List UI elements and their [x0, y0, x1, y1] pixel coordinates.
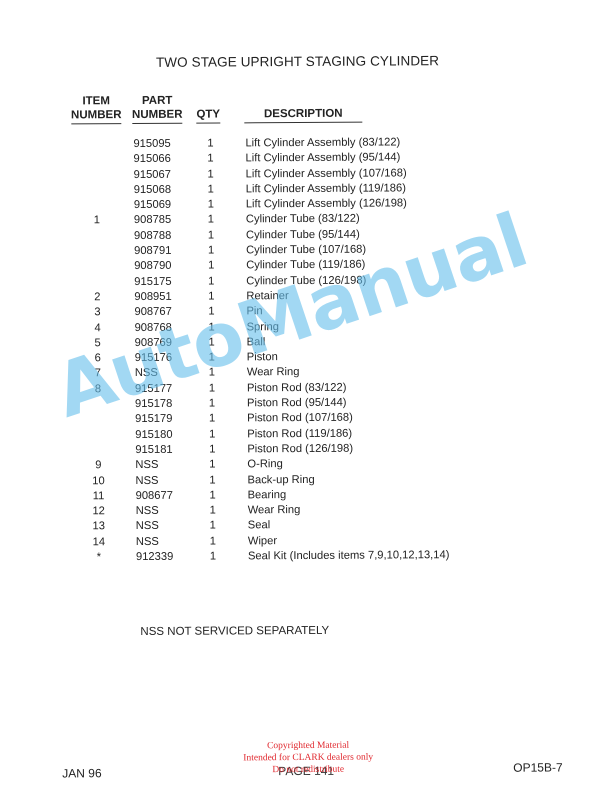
quantity: 1: [206, 336, 218, 348]
description: Wear Ring: [248, 504, 301, 516]
description: Seal Kit (Includes items 7,9,10,12,13,14…: [248, 549, 450, 562]
quantity: 1: [205, 229, 217, 241]
header-part-line1: PART: [128, 94, 186, 108]
header-part-line2: NUMBER: [132, 108, 183, 124]
parts-page: TWO STAGE UPRIGHT STAGING CYLINDER ITEM …: [0, 0, 612, 788]
quantity: 1: [205, 168, 217, 180]
header-item-line1: ITEM: [68, 94, 124, 108]
header-item-number: ITEM NUMBER: [68, 94, 124, 124]
item-number: 5: [86, 337, 110, 349]
description: Pin: [246, 305, 262, 317]
part-number: 915177: [135, 383, 172, 395]
header-part-number: PART NUMBER: [128, 94, 186, 124]
description: Seal: [248, 520, 270, 532]
description: Lift Cylinder Assembly (107/168): [246, 167, 407, 180]
quantity: 1: [206, 413, 218, 425]
part-number: 908767: [134, 306, 171, 318]
part-number: 908790: [134, 260, 171, 272]
part-number: 908769: [135, 337, 172, 349]
item-number: 3: [85, 306, 109, 318]
header-qty: QTY: [193, 107, 223, 123]
item-number: 1: [85, 215, 109, 227]
description: Cylinder Tube (126/198): [246, 274, 366, 287]
description: Piston: [247, 351, 278, 363]
quantity: 1: [206, 367, 218, 379]
header-description-label: DESCRIPTION: [244, 107, 362, 124]
quantity: 1: [205, 306, 217, 318]
footer-date: JAN 96: [62, 766, 101, 780]
parts-table: 9150951Lift Cylinder Assembly (83/122)91…: [0, 135, 612, 567]
part-number: NSS: [135, 459, 158, 471]
description: Lift Cylinder Assembly (119/186): [246, 182, 406, 195]
description: Cylinder Tube (83/122): [246, 213, 360, 226]
description: Piston Rod (126/198): [247, 443, 353, 456]
description: Piston Rod (83/122): [247, 381, 347, 394]
description: Wear Ring: [247, 366, 300, 378]
part-number: 915179: [135, 413, 172, 425]
item-number: 8: [86, 383, 110, 395]
part-number: 908788: [134, 230, 171, 242]
description: Cylinder Tube (107/168): [246, 244, 366, 257]
description: Cylinder Tube (119/186): [246, 259, 365, 272]
quantity: 1: [205, 275, 217, 287]
part-number: 915178: [135, 398, 172, 410]
description: Piston Rod (107/168): [247, 412, 353, 425]
header-qty-label: QTY: [196, 107, 220, 123]
item-number: 2: [85, 291, 109, 303]
footer-doc-code: OP15B-7: [513, 760, 562, 774]
copyright-line: Intended for CLARK dealers only: [238, 752, 378, 765]
item-number: 9: [86, 459, 110, 471]
quantity: 1: [205, 199, 217, 211]
part-number: 915175: [134, 275, 171, 287]
description: Lift Cylinder Assembly (83/122): [245, 136, 400, 149]
quantity: 1: [206, 428, 218, 440]
description: Bearing: [248, 489, 287, 501]
part-number: 915066: [133, 153, 170, 165]
description: O-Ring: [247, 458, 283, 470]
quantity: 1: [207, 535, 219, 547]
part-number: 915181: [135, 444, 172, 456]
quantity: 1: [206, 443, 218, 455]
description: Wiper: [248, 535, 277, 547]
description: Piston Rod (95/144): [247, 397, 347, 410]
description: Back-up Ring: [247, 473, 314, 485]
item-number: 14: [87, 536, 111, 548]
part-number: NSS: [135, 474, 158, 486]
item-number: 11: [87, 490, 111, 502]
description: Lift Cylinder Assembly (95/144): [245, 152, 400, 165]
quantity: 1: [205, 214, 217, 226]
quantity: 1: [205, 245, 217, 257]
quantity: 1: [206, 459, 218, 471]
quantity: 1: [206, 321, 218, 333]
description: Piston Rod (119/186): [247, 427, 352, 440]
description: Lift Cylinder Assembly (126/198): [246, 198, 407, 211]
quantity: 1: [207, 489, 219, 501]
part-number: 908791: [134, 245, 171, 257]
quantity: 1: [207, 520, 219, 532]
quantity: 1: [207, 505, 219, 517]
part-number: 915176: [135, 352, 172, 364]
page-title: TWO STAGE UPRIGHT STAGING CYLINDER: [156, 53, 439, 70]
copyright-line: Do not redistribute: [238, 764, 378, 777]
item-number: 12: [87, 505, 111, 517]
part-number: NSS: [136, 520, 159, 532]
quantity: 1: [206, 474, 218, 486]
item-number: 7: [86, 368, 110, 380]
quantity: 1: [207, 551, 219, 563]
part-number: 908785: [134, 214, 171, 226]
part-number: 912339: [136, 551, 173, 563]
description: Spring: [247, 321, 279, 333]
description: Cylinder Tube (95/144): [246, 228, 360, 241]
description: Ball: [247, 336, 266, 348]
part-number: 908768: [135, 321, 172, 333]
part-number: NSS: [136, 505, 159, 517]
quantity: 1: [204, 138, 216, 150]
description: Retainer: [246, 290, 288, 302]
quantity: 1: [206, 352, 218, 364]
item-number: 10: [86, 475, 110, 487]
part-number: 908677: [136, 490, 173, 502]
part-number: 915068: [134, 184, 171, 196]
item-number: 13: [87, 521, 111, 533]
part-number: 915067: [134, 168, 171, 180]
nss-note: NSS NOT SERVICED SEPARATELY: [140, 625, 329, 638]
copyright-notice: Copyrighted Material Intended for CLARK …: [238, 740, 378, 777]
part-number: 915180: [135, 428, 172, 440]
quantity: 1: [204, 153, 216, 165]
part-number: NSS: [135, 367, 158, 379]
part-number: 908951: [134, 291, 171, 303]
item-number: 4: [86, 322, 110, 334]
header-description: DESCRIPTION: [243, 107, 363, 124]
part-number: NSS: [136, 536, 159, 548]
quantity: 1: [206, 382, 218, 394]
quantity: 1: [205, 260, 217, 272]
table-row: *9123391Seal Kit (Includes items 7,9,10,…: [1, 548, 612, 567]
quantity: 1: [205, 183, 217, 195]
copyright-line: Copyrighted Material: [238, 740, 378, 753]
quantity: 1: [205, 290, 217, 302]
item-number: *: [87, 551, 111, 563]
part-number: 915095: [133, 138, 170, 150]
header-item-line2: NUMBER: [71, 108, 122, 124]
part-number: 915069: [134, 199, 171, 211]
quantity: 1: [206, 398, 218, 410]
item-number: 6: [86, 352, 110, 364]
